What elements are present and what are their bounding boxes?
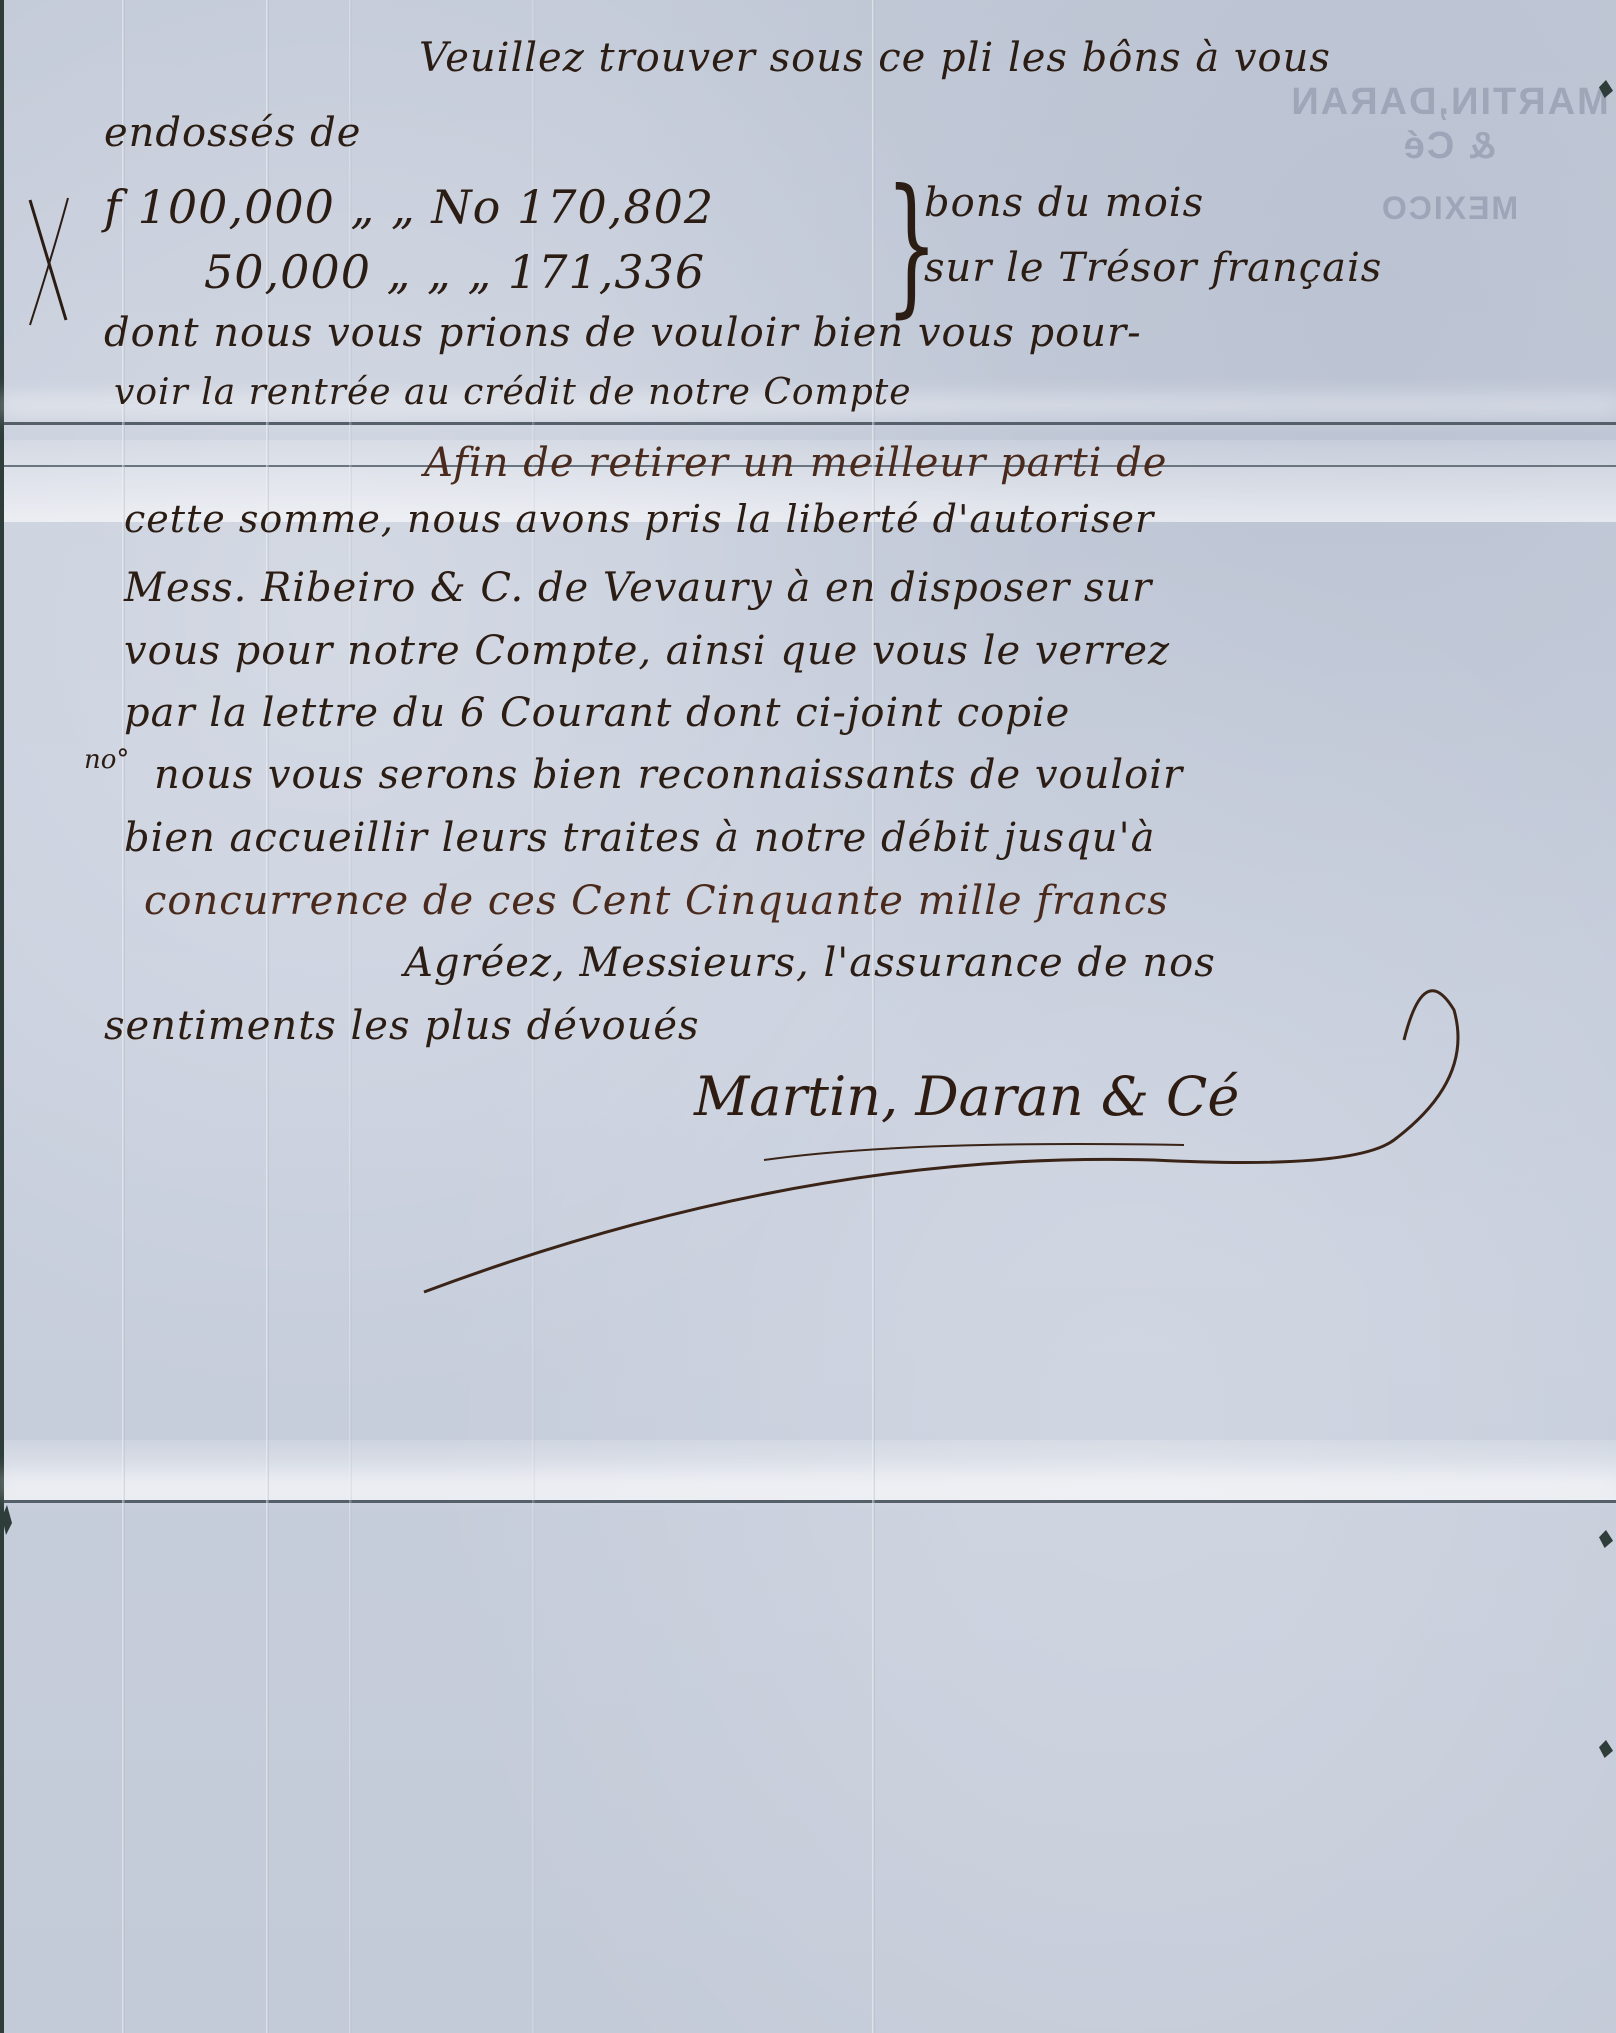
edge-tear: [1599, 1530, 1613, 1548]
edge-tear: [1599, 1740, 1613, 1758]
edge-tear: [2, 1505, 12, 1535]
fold-line-bottom: [4, 1500, 1616, 1503]
letter-sheet: MARTIN,DARAN & Cé MEXICO no° } Veuillez …: [4, 0, 1616, 2033]
signature-flourish: [4, 0, 1616, 1400]
fold-band-bottom: [4, 1440, 1616, 1500]
